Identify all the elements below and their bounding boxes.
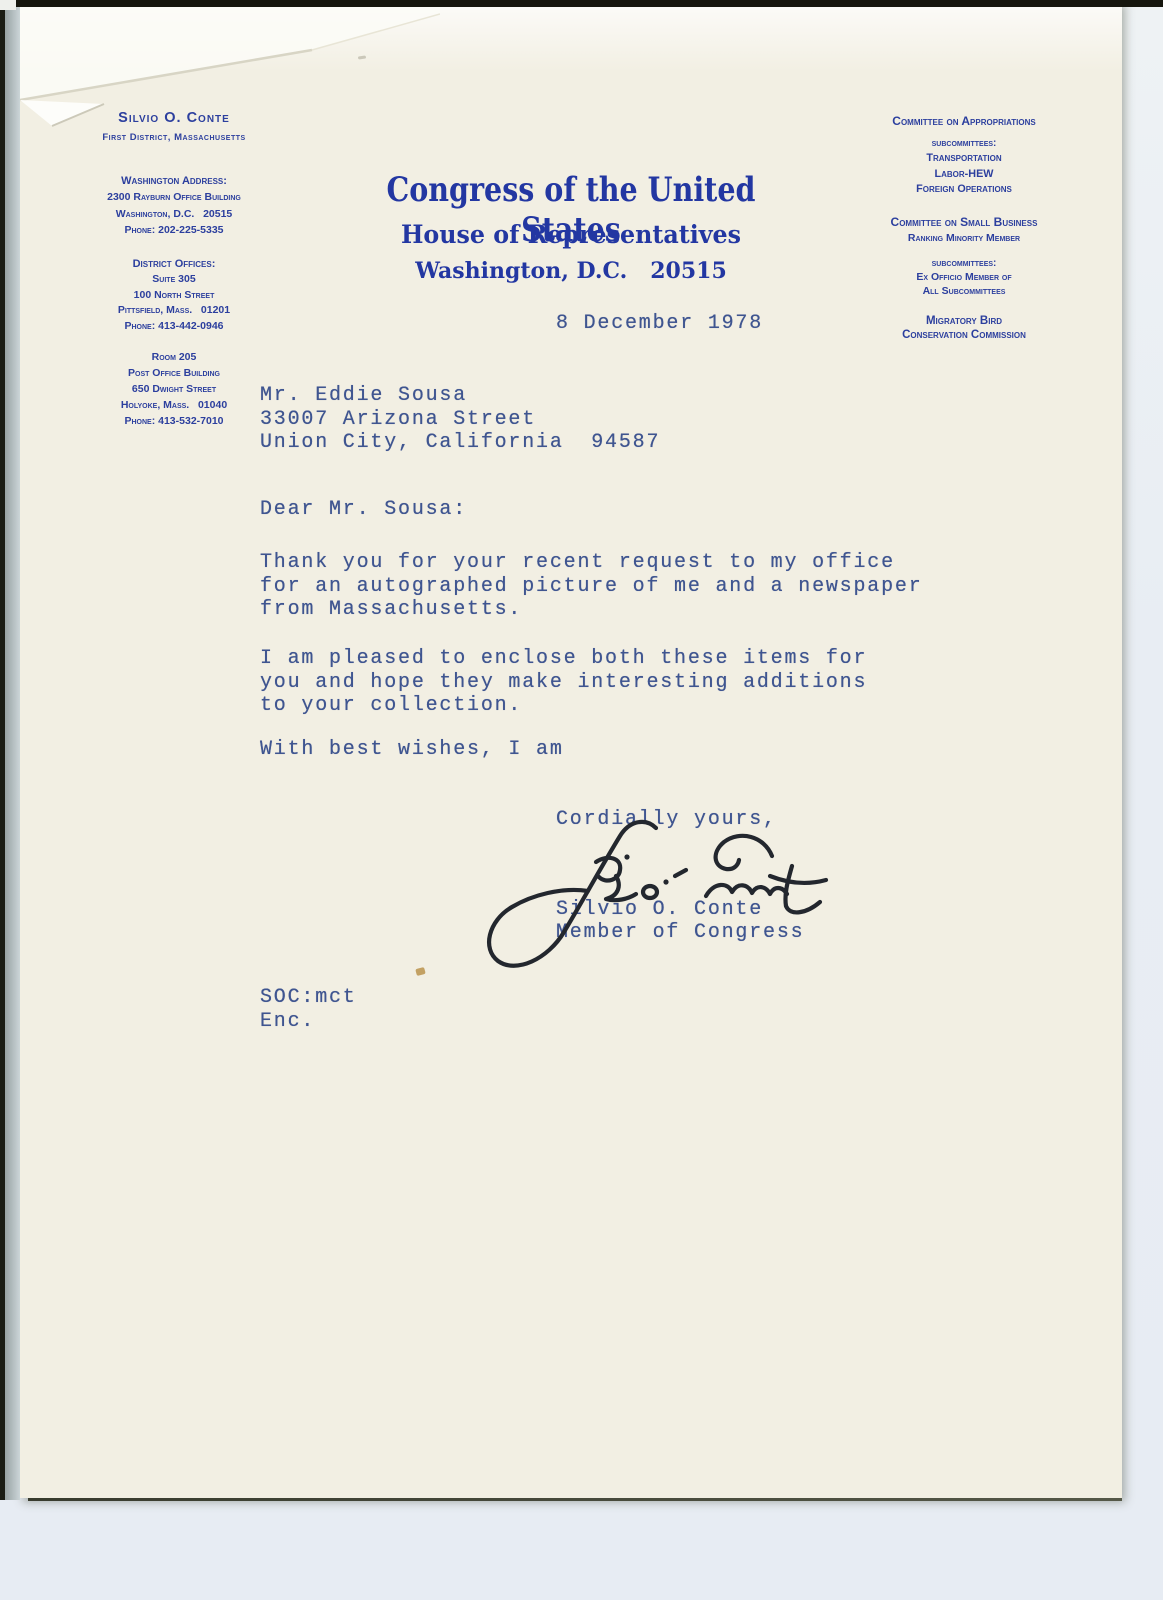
enclosure-note: Enc. [260, 1010, 315, 1034]
small-business-subcommittees: Ex Officio Member of All Subcommittees [844, 271, 1084, 298]
body-paragraph-1: Thank you for your recent request to my … [260, 551, 923, 622]
body-paragraph-2: I am pleased to enclose both these items… [260, 647, 867, 718]
district-office-holyoke: Room 205 Post Office Building 650 Dwight… [64, 349, 284, 429]
district-offices-label: District Offices: [64, 256, 284, 272]
letter-page: Silvio O. Conte First District, Massachu… [20, 0, 1122, 1498]
washington-address-lines: 2300 Rayburn Office Building Washington,… [64, 189, 284, 239]
member-district: First District, Massachusetts [64, 130, 284, 146]
appropriations-subcommittees: Transportation Labor-HEW Foreign Operati… [844, 151, 1084, 198]
scan-background: Silvio O. Conte First District, Massachu… [0, 0, 1163, 1600]
appropriations-subcommittees-label: subcommittees: [844, 136, 1084, 152]
salutation: Dear Mr. Sousa: [260, 498, 467, 522]
washington-location: Washington, D.C. 20515 [300, 258, 842, 284]
committee-small-business-title: Committee on Small Business [844, 214, 1084, 230]
scanner-edge-top [14, 0, 1163, 7]
scanner-edge-left-gray [5, 0, 20, 1500]
committee-appropriations-title: Committee on Appropriations [844, 113, 1084, 129]
recipient-address: Mr. Eddie Sousa 33007 Arizona Street Uni… [260, 384, 660, 455]
body-paragraph-3: With best wishes, I am [260, 738, 564, 762]
small-business-subcommittees-label: subcommittees: [844, 256, 1084, 272]
paper-speck [415, 967, 426, 976]
house-subtitle: House of Representatives [314, 220, 829, 249]
typist-initials: SOC:mct [260, 986, 357, 1010]
letter-date: 8 December 1978 [556, 312, 763, 336]
scanner-top-corner-gap [0, 0, 16, 10]
signature-ink [470, 812, 840, 977]
washington-address-label: Washington Address: [64, 173, 284, 189]
small-business-role: Ranking Minority Member [844, 230, 1084, 246]
migratory-bird-commission: Migratory Bird Conservation Commission [844, 314, 1084, 342]
scanner-edge-left-dark [0, 0, 5, 1500]
district-office-pittsfield: Suite 305 100 North Street Pittsfield, M… [64, 272, 284, 334]
member-name: Silvio O. Conte [64, 110, 284, 126]
